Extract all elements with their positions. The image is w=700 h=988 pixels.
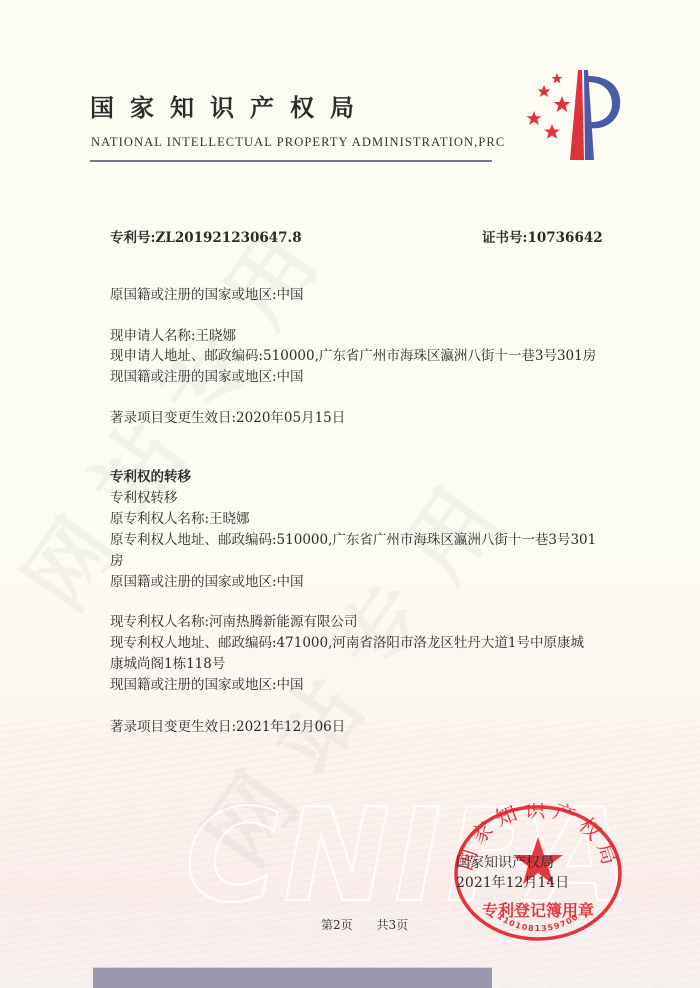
change-effective-date-1: 著录项目变更生效日:2020年05月15日 (110, 409, 345, 427)
current-patentee-address: 现专利权人地址、邮政编码:471000,河南省洛阳市洛龙区牡丹大道1号中原康城 (110, 634, 584, 652)
cnipa-logo-icon (512, 68, 622, 168)
bottom-scan-bar (93, 967, 492, 988)
patent-number: 专利号:ZL201921230647.8 (110, 226, 302, 246)
current-patentee-nationality: 现国籍或注册的国家或地区:中国 (110, 676, 304, 694)
signature-block: 国家知识产权局 2021年12月14日 (456, 853, 569, 893)
page-indicator: 第2页 共3页 (321, 916, 408, 933)
page-current: 第2页 (321, 918, 353, 932)
original-nationality: 原国籍或注册的国家或地区:中国 (110, 286, 304, 304)
original-patentee-address: 原专利权人地址、邮政编码:510000,广东省广州市海珠区瀛洲八街十一巷3号30… (110, 531, 596, 549)
issuer-name: 国家知识产权局 (456, 853, 569, 873)
current-nationality: 现国籍或注册的国家或地区:中国 (110, 368, 304, 386)
original-patentee-nationality: 原国籍或注册的国家或地区:中国 (110, 573, 304, 591)
page-total: 共3页 (376, 918, 408, 932)
current-applicant-address: 现申请人地址、邮政编码:510000,广东省广州市海珠区瀛洲八街十一巷3号301… (110, 347, 596, 365)
original-patentee-name: 原专利权人名称:王晓娜 (110, 510, 250, 528)
agency-title-en: NATIONAL INTELLECTUAL PROPERTY ADMINISTR… (91, 135, 505, 150)
section-heading-patent-transfer: 专利权的转移 (110, 468, 191, 486)
agency-title-cn: 国家知识产权局 (90, 88, 370, 123)
current-applicant-name: 现申请人名称:王晓娜 (110, 327, 236, 345)
original-patentee-address-cont: 房 (110, 552, 124, 570)
current-patentee-name: 现专利权人名称:河南热腾新能源有限公司 (110, 613, 358, 631)
header-divider (90, 160, 492, 162)
watermark-website-use-1: 网站专用 (0, 180, 358, 631)
certificate-number: 证书号:10736642 (482, 226, 603, 246)
transfer-type: 专利权转移 (110, 489, 178, 507)
change-effective-date-2: 著录项目变更生效日:2021年12月06日 (110, 718, 345, 736)
issue-date: 2021年12月14日 (456, 873, 569, 893)
current-patentee-address-cont: 康城尚阁1栋118号 (110, 655, 225, 673)
